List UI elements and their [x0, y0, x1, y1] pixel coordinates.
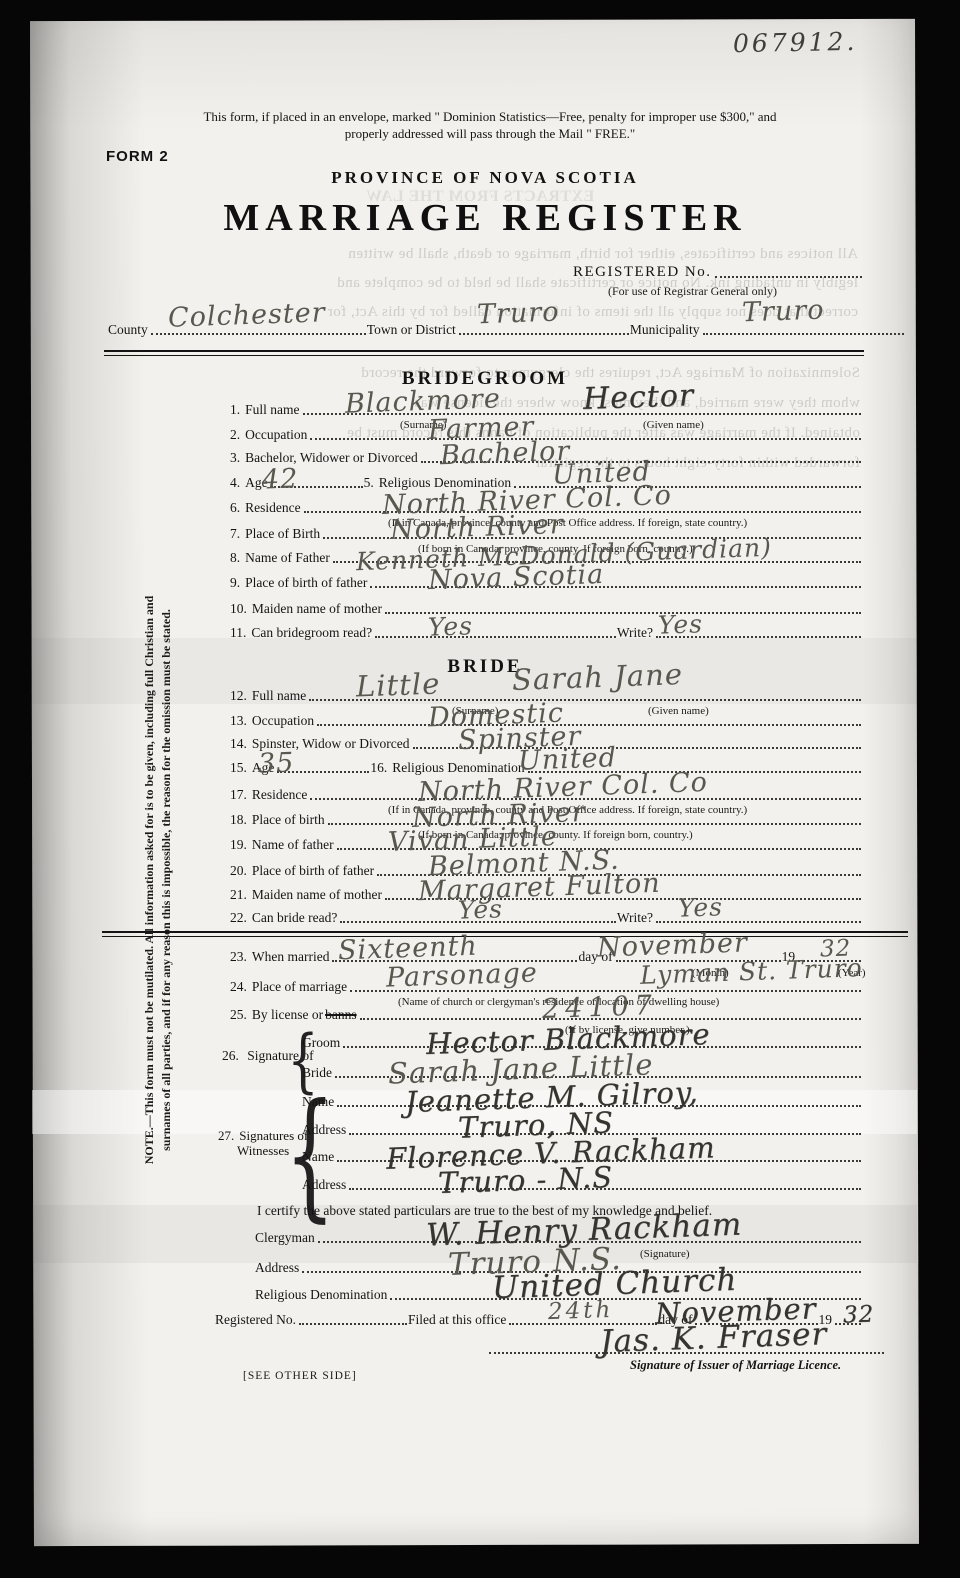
- row-number: 11.: [230, 625, 251, 641]
- scanned-marriage-register-page: EXTRACTS FROM THE LAW All notices and ce…: [0, 0, 960, 1578]
- row-number: 12.: [230, 688, 252, 704]
- section-divider: [102, 931, 908, 937]
- margin-note-line-1: NOTE.—This form must not be mutilated. A…: [141, 540, 158, 1220]
- groom-mother-label: Maiden name of mother: [252, 601, 384, 617]
- row-number: 16.: [370, 760, 392, 776]
- row-number: 1.: [230, 402, 245, 418]
- row-number: 19.: [230, 837, 252, 853]
- form-number-label: FORM 2: [106, 148, 169, 165]
- row-number: 26.: [222, 1048, 244, 1063]
- groom-literacy-row: 11. Can bridegroom read? Write?: [230, 625, 862, 641]
- bride-mother-label: Maiden name of mother: [252, 887, 384, 903]
- row-number: 14.: [230, 736, 252, 752]
- groom-full-name-label: Full name: [245, 402, 301, 418]
- signature-hint: (Signature): [640, 1248, 689, 1260]
- row-number: 21.: [230, 887, 252, 903]
- row-number: 13.: [230, 713, 252, 729]
- groom-father-label: Name of Father: [245, 550, 332, 566]
- row-number: 23.: [230, 949, 252, 965]
- row-number: 2.: [230, 427, 245, 443]
- row-number: 25.: [230, 1007, 252, 1023]
- row-number: 24.: [230, 979, 252, 995]
- dotted-line: [703, 333, 904, 335]
- bride-occupation-label: Occupation: [252, 713, 316, 729]
- row-number: 18.: [230, 812, 252, 828]
- row-number: 5.: [364, 475, 379, 491]
- municipality-label: Municipality: [630, 322, 702, 338]
- groom-signature-label: Groom: [302, 1035, 342, 1051]
- section-divider: [104, 350, 864, 356]
- bride-age-value: 35: [257, 747, 294, 779]
- dotted-line: [715, 276, 863, 278]
- filed-at-office-label: Filed at this office: [408, 1312, 508, 1328]
- county-label: County: [108, 322, 150, 338]
- row-number: 22.: [230, 910, 252, 926]
- groom-full-name-row: 1. Full name: [230, 402, 862, 418]
- row-number: 15.: [230, 760, 252, 776]
- license-banns-struck: banns: [325, 1007, 359, 1023]
- dotted-line: [375, 636, 616, 638]
- witness-name-label: Name: [302, 1149, 336, 1165]
- row-number: 17.: [230, 787, 252, 803]
- witnesses-label-2: Witnesses: [237, 1143, 289, 1158]
- witness-address-label: Address: [302, 1122, 348, 1138]
- registered-no-bottom-label: Registered No.: [215, 1312, 298, 1328]
- witness-name-label: Name: [302, 1094, 336, 1110]
- mail-notice-line-2: properly addressed will pass through the…: [140, 125, 840, 142]
- groom-birthplace-label: Place of Birth: [245, 526, 322, 542]
- clergyman-label: Clergyman: [255, 1230, 317, 1246]
- groom-given-name-value: Hector: [582, 378, 694, 417]
- clergyman-address-label: Address: [255, 1260, 301, 1276]
- registered-no-row: REGISTERED No.: [573, 264, 863, 281]
- bride-residence-label: Residence: [252, 787, 309, 803]
- see-other-side-note: [SEE OTHER SIDE]: [243, 1370, 357, 1382]
- place-of-marriage-value-1: Parsonage: [386, 957, 539, 993]
- bride-given-name-value: Sarah Jane: [511, 657, 683, 697]
- clergyman-denomination-label: Religious Denomination: [255, 1287, 389, 1303]
- bride-literacy-row: 22. Can bride read? Write?: [230, 910, 862, 926]
- bride-birthplace-label: Place of birth: [252, 812, 327, 828]
- groom-occupation-label: Occupation: [245, 427, 309, 443]
- town-district-value: Truro: [476, 297, 560, 331]
- bride-section-title: BRIDE: [105, 656, 865, 678]
- mail-notice: This form, if placed in an envelope, mar…: [140, 108, 840, 142]
- row-number: 8.: [230, 550, 245, 566]
- dotted-line: [317, 724, 861, 726]
- witness-2-address-value: Truro - N.S: [437, 1160, 613, 1200]
- margin-note-line-2: surnames of all parties, and if for any …: [158, 540, 175, 1220]
- groom-status-label: Bachelor, Widower or Divorced: [245, 450, 420, 466]
- filed-day-value: 24th: [548, 1297, 614, 1325]
- groom-write-label: Write?: [617, 625, 655, 641]
- province-heading: PROVINCE OF NOVA SCOTIA: [105, 168, 865, 188]
- bride-write-value: Yes: [678, 892, 724, 923]
- row-number: 7.: [230, 526, 245, 542]
- bride-surname-value: Little: [355, 667, 440, 704]
- dotted-line: [459, 333, 629, 335]
- when-married-label: When married: [252, 949, 332, 965]
- margin-note: NOTE.—This form must not be mutilated. A…: [141, 540, 175, 1220]
- groom-father-birthplace-label: Place of birth of father: [245, 575, 369, 591]
- row-number: 9.: [230, 575, 245, 591]
- bride-read-label: Can bride read?: [252, 910, 339, 926]
- bride-father-birthplace-label: Place of birth of father: [252, 863, 376, 879]
- bride-write-label: Write?: [617, 910, 655, 926]
- page-title: MARRIAGE REGISTER: [105, 196, 865, 240]
- groom-read-label: Can bridegroom read?: [251, 625, 374, 641]
- row-number: 4.: [230, 475, 245, 491]
- dotted-line: [310, 438, 861, 440]
- groom-write-value: Yes: [658, 609, 704, 640]
- bride-full-name-label: Full name: [252, 688, 308, 704]
- issuer-signature-hint: Signature of Issuer of Marriage Licence.: [630, 1358, 841, 1373]
- mail-notice-line-1: This form, if placed in an envelope, mar…: [140, 108, 840, 125]
- groom-read-value: Yes: [428, 611, 474, 642]
- groom-age-value: 42: [261, 463, 298, 495]
- dotted-line: [328, 823, 861, 825]
- row-number: 27.: [218, 1128, 239, 1143]
- filed-year-value: 32: [843, 1301, 875, 1328]
- witness-address-label: Address: [302, 1177, 348, 1193]
- groom-residence-label: Residence: [245, 500, 302, 516]
- registrar-stamp-number: 067912.: [733, 27, 858, 58]
- registered-no-label: REGISTERED No.: [573, 264, 714, 281]
- groom-father-birthplace-value: Nova Scotia: [428, 559, 605, 596]
- row-number: 6.: [230, 500, 245, 516]
- row-number: 20.: [230, 863, 252, 879]
- row-number: 3.: [230, 450, 245, 466]
- county-value: Colchester: [168, 297, 327, 333]
- municipality-value: Truro: [741, 295, 825, 329]
- town-district-label: Town or District: [367, 322, 458, 338]
- groom-mother-row: 10. Maiden name of mother: [230, 601, 862, 617]
- row-number: 10.: [230, 601, 252, 617]
- bride-father-label: Name of father: [252, 837, 336, 853]
- place-of-marriage-label: Place of marriage: [252, 979, 349, 995]
- dotted-line: [299, 1323, 407, 1325]
- bride-read-value: Yes: [458, 894, 504, 925]
